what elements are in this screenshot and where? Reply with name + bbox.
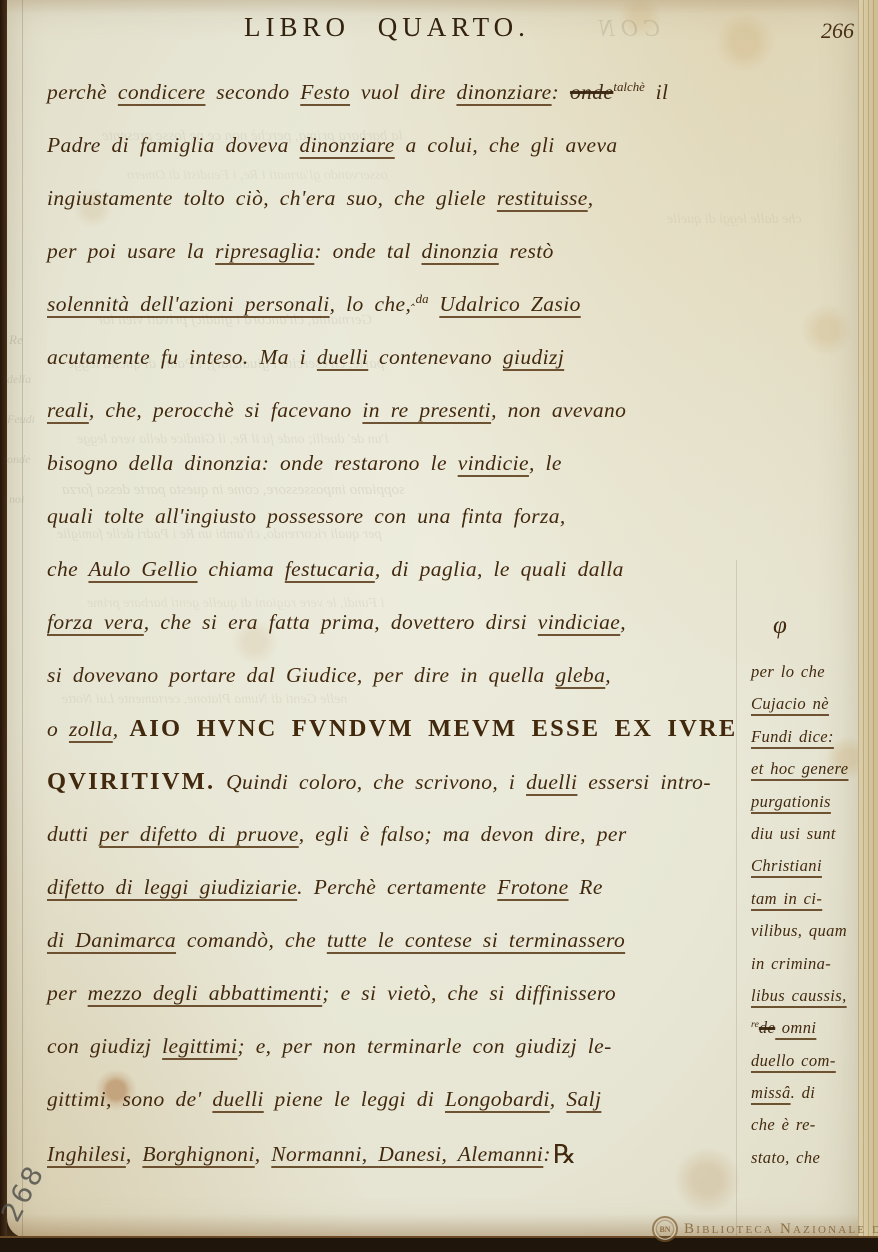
manuscript-line: quali tolte all'ingiusto possessore con … [47, 490, 757, 543]
manuscript-line: stato, che [751, 1142, 878, 1174]
text-segment: Aulo Gellio [88, 557, 197, 581]
text-segment: restò [499, 239, 554, 263]
text-segment: Longobardi [445, 1087, 550, 1111]
text-segment: onde [570, 80, 613, 104]
manuscript-line: QVIRITIVM. Quindi coloro, che scrivono, … [47, 755, 757, 808]
text-segment: , [126, 1142, 143, 1166]
text-segment: o [47, 717, 69, 741]
manuscript-line: difetto di leggi giudiziarie. Perchè cer… [47, 861, 757, 914]
text-segment: Re [569, 875, 603, 899]
text-segment: , [588, 186, 594, 210]
text-segment: talchè [613, 80, 645, 94]
manuscript-line: di Danimarca comandò, che tutte le conte… [47, 914, 757, 967]
text-segment: solennità dell'azioni personali [47, 292, 330, 316]
manuscript-line: rede omni [751, 1012, 878, 1044]
text-segment: mezzo degli abbattimenti [88, 981, 323, 1005]
manuscript-line: solennità dell'azioni personali, lo che,… [47, 278, 757, 331]
watermark-text: Biblioteca Nazionale di Napoli [684, 1221, 878, 1238]
text-segment: , che si era fatta prima, dovettero dirs… [144, 610, 538, 634]
text-segment: QVIRITIVM. [47, 768, 215, 795]
text-segment: ingiustamente tolto ciò, ch'era suo, che… [47, 186, 497, 210]
manuscript-line: in crimina- [751, 948, 878, 980]
text-segment: Normanni, Danesi, Alemanni [271, 1142, 543, 1166]
manuscript-line: che è re- [751, 1109, 878, 1141]
text-segment: Christiani [751, 856, 822, 875]
text-segment: tam in ci- [751, 889, 822, 908]
text-segment: , [605, 663, 611, 687]
manuscript-scan-page: CONla barbara prima, perchè non ce ne fo… [0, 0, 878, 1252]
manuscript-line: reali, che, perocchè si facevano in re p… [47, 384, 757, 437]
text-segment: Borghignoni [142, 1142, 254, 1166]
text-segment: Quindi coloro, che scrivono, i [215, 770, 526, 794]
text-segment: con giudizj [47, 1034, 162, 1058]
text-segment: : onde tal [314, 239, 421, 263]
text-segment: acutamente fu inteso. Ma i [47, 345, 317, 369]
manuscript-line: forza vera, che si era fatta prima, dove… [47, 596, 757, 649]
manuscript-line: si dovevano portare dal Giudice, per dir… [47, 649, 757, 702]
manuscript-line: gittimi, sono de' duelli piene le leggi … [47, 1073, 757, 1126]
text-segment: , non avevano [491, 398, 626, 422]
text-segment: gleba [555, 663, 605, 687]
text-segment: difetto di leggi giudiziarie [47, 875, 297, 899]
library-watermark: BN Biblioteca Nazionale di Napoli [652, 1216, 878, 1242]
text-segment: bisogno della dinonzia: onde restarono l… [47, 451, 458, 475]
text-segment: il [645, 80, 669, 104]
text-segment: , [113, 717, 130, 741]
text-segment: contenevano [368, 345, 503, 369]
manuscript-line: Cujacio nè [751, 688, 878, 720]
manuscript-line: libus caussis, [751, 980, 878, 1012]
manuscript-line: per lo che [751, 656, 878, 688]
body-text: perchè condicere secondo Festo vuol dire… [47, 66, 757, 1179]
text-segment: , [255, 1142, 272, 1166]
text-segment: AIO HVNC FVNDVM MEVM ESSE EX IVRE [129, 715, 737, 742]
text-segment: si dovevano portare dal Giudice, per dir… [47, 663, 555, 687]
text-segment: Inghilesi [47, 1142, 126, 1166]
text-segment: a colui, che gli aveva [395, 133, 618, 157]
text-segment: giudizj [503, 345, 564, 369]
text-segment: zolla [69, 717, 113, 741]
text-segment: vindiciae [538, 610, 620, 634]
text-segment: piene le leggi di [264, 1087, 445, 1111]
text-segment: , che, perocchè si facevano [89, 398, 363, 422]
text-segment: vilibus, quam [751, 921, 847, 940]
text-segment: Fundi dice: [751, 727, 834, 746]
manuscript-line: tam in ci- [751, 883, 878, 915]
text-segment: gittimi, sono de' [47, 1087, 212, 1111]
page-title: LIBRO QUARTO. [7, 12, 767, 43]
text-segment: ‸da [411, 292, 428, 306]
text-segment: comandò, che [176, 928, 327, 952]
text-segment: che [47, 557, 88, 581]
text-segment: re [751, 1019, 759, 1030]
manuscript-line: Fundi dice: [751, 721, 878, 753]
text-segment: stato, che [751, 1148, 820, 1167]
manuscript-line: acutamente fu inteso. Ma i duelli conten… [47, 331, 757, 384]
text-segment: libus caussis, [751, 986, 847, 1005]
reference-mark: φ [773, 612, 787, 640]
manuscript-line: ingiustamente tolto ciò, ch'era suo, che… [47, 172, 757, 225]
text-segment: duello com- [751, 1051, 836, 1070]
text-segment: missâ [751, 1083, 791, 1102]
manuscript-line: et hoc genere [751, 753, 878, 785]
manuscript-line: missâ. di [751, 1077, 878, 1109]
manuscript-line: con giudizj legittimi; e, per non termin… [47, 1020, 757, 1073]
manuscript-line: per mezzo degli abbattimenti; e si vietò… [47, 967, 757, 1020]
text-segment: , [550, 1087, 567, 1111]
text-segment: per poi usare la [47, 239, 215, 263]
text-segment: in re presenti [362, 398, 491, 422]
text-segment: per [47, 981, 88, 1005]
binding-edge-left [0, 0, 7, 1252]
text-segment: diu usi sunt [751, 824, 836, 843]
text-segment: duelli [212, 1087, 263, 1111]
text-segment: et hoc genere [751, 759, 848, 778]
text-segment: che è re- [751, 1115, 816, 1134]
folio-number-ink: 266 [821, 18, 854, 44]
text-segment: ; e si vietò, che si diffinissero [322, 981, 616, 1005]
text-segment: duelli [526, 770, 577, 794]
text-segment: secondo [205, 80, 300, 104]
manuscript-line: Christiani [751, 850, 878, 882]
text-segment: Festo [300, 80, 350, 104]
text-segment: omni [775, 1018, 816, 1037]
text-segment: . di [791, 1083, 816, 1102]
manuscript-line: duello com- [751, 1045, 878, 1077]
text-segment: Frotone [497, 875, 568, 899]
text-segment: in crimina- [751, 954, 831, 973]
text-segment: : [543, 1142, 551, 1166]
text-segment: dinonzia [422, 239, 499, 263]
reference-mark: ℞ [553, 1140, 577, 1169]
text-segment: , lo che, [330, 292, 412, 316]
text-segment: restituisse [497, 186, 588, 210]
text-segment: perchè [47, 80, 118, 104]
text-segment: , [620, 610, 626, 634]
manuscript-line: vilibus, quam [751, 915, 878, 947]
text-segment: . Perchè certamente [297, 875, 497, 899]
text-segment: reali [47, 398, 89, 422]
text-segment: , le [529, 451, 562, 475]
manuscript-line: bisogno della dinonzia: onde restarono l… [47, 437, 757, 490]
manuscript-line: per poi usare la ripresaglia: onde tal d… [47, 225, 757, 278]
manuscript-line: dutti per difetto di pruove, egli è fals… [47, 808, 757, 861]
manuscript-line: Inghilesi, Borghignoni, Normanni, Danesi… [47, 1126, 757, 1179]
margin-note: per lo cheCujacio nèFundi dice:et hoc ge… [751, 656, 878, 1174]
text-segment: dinonziare [300, 133, 395, 157]
text-segment: per lo che [751, 662, 825, 681]
manuscript-paper: CONla barbara prima, perchè non ce ne fo… [7, 0, 858, 1238]
text-segment: dinonziare [456, 80, 551, 104]
text-segment: tutte le contese si terminassero [327, 928, 625, 952]
manuscript-line: diu usi sunt [751, 818, 878, 850]
text-segment: chiama [198, 557, 285, 581]
text-segment: ; e, per non terminarle con giudizj le- [237, 1034, 611, 1058]
text-segment: festucaria [285, 557, 375, 581]
text-segment: quali tolte all'ingiusto possessore con … [47, 504, 566, 528]
manuscript-line: Padre di famiglia doveva dinonziare a co… [47, 119, 757, 172]
text-segment [429, 292, 440, 316]
text-segment: vindicie [458, 451, 529, 475]
text-segment: Salj [566, 1087, 601, 1111]
text-segment: ripresaglia [215, 239, 314, 263]
text-segment: de [759, 1018, 775, 1037]
manuscript-line: purgationis [751, 786, 878, 818]
text-segment: di Danimarca [47, 928, 176, 952]
text-segment: vuol dire [350, 80, 456, 104]
text-segment: purgationis [751, 792, 831, 811]
manuscript-line: o zolla, AIO HVNC FVNDVM MEVM ESSE EX IV… [47, 702, 757, 755]
manuscript-line: perchè condicere secondo Festo vuol dire… [47, 66, 757, 119]
bn-logo-icon: BN [652, 1216, 678, 1242]
text-segment: Cujacio nè [751, 694, 829, 713]
text-segment: condicere [118, 80, 206, 104]
text-segment: dutti [47, 822, 99, 846]
text-segment: : [552, 80, 570, 104]
manuscript-line: che Aulo Gellio chiama festucaria, di pa… [47, 543, 757, 596]
ink-layer: LIBRO QUARTO. 266 perchè condicere secon… [7, 0, 858, 1238]
text-segment: duelli [317, 345, 368, 369]
text-segment: , di paglia, le quali dalla [375, 557, 624, 581]
text-segment: Padre di famiglia doveva [47, 133, 300, 157]
text-segment: legittimi [162, 1034, 237, 1058]
text-segment: , egli è falso; ma devon dire, per [299, 822, 627, 846]
text-segment: Udalrico Zasio [439, 292, 580, 316]
text-segment: per difetto di pruove [99, 822, 299, 846]
text-segment: forza vera [47, 610, 144, 634]
text-segment: essersi intro- [577, 770, 710, 794]
